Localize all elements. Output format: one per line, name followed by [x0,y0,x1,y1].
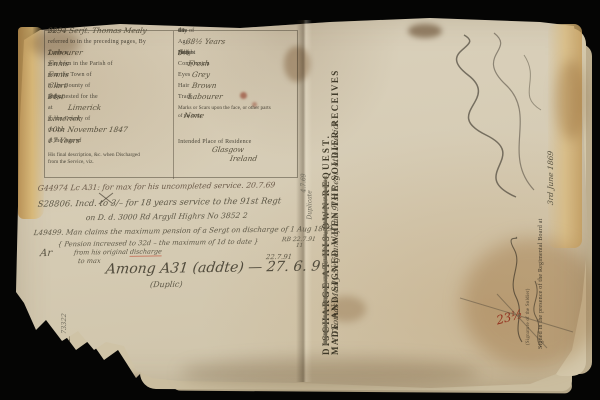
row-value: 38½ Years [185,37,226,46]
row-value: 17 Years [47,136,81,145]
pen-cross-out [99,192,113,206]
document-photo: PAY, ALLOWANCES, (time I paid being &c.,… [0,0,600,400]
register-form: No. 2294 Serjt. Thomas Mealy referred to… [44,30,298,178]
row-value: Ennis [47,70,70,79]
row-value: Limerick [67,103,102,112]
row-label: His final description, &c. when Discharg… [48,152,140,158]
row-label: from the Service, viz. [48,159,94,165]
row-value: Ennis [47,59,70,68]
row-value: Grey [191,70,210,79]
declaration-date: 3rd June 1869 [546,150,555,205]
fragment-line: (time I paid being [61,340,70,373]
row-value: None [183,111,204,120]
row-value: Glasgow [211,145,244,154]
row-suffix: Regt. [48,94,62,100]
annotation-line-6: from his original discharge [73,247,162,256]
row-label: at [48,105,53,111]
annotation-ar: Ar [39,248,52,259]
row-value: Fresh [187,59,210,68]
declaration-body-line: the date of my present Discharge. [323,270,330,345]
annotation-duplicate: (Duplic) [149,280,183,289]
row-label: referred to in the preceding pages, By [48,39,146,45]
row-label: 18 [178,28,184,34]
spine-register-number: 73322 [60,294,68,335]
row-value: Labourer [187,92,223,101]
annotation-line-6b-red-underlined: discharge [129,247,162,256]
row-value: Brown [191,81,217,90]
pencil-strokes [455,280,585,360]
row-value: Ireland [229,154,258,163]
row-value: 2294 Serjt. Thomas Mealy [47,26,147,35]
annotation-to-max: to max [78,257,102,265]
row-label: Hair [178,83,189,89]
annotation-ref-2: 11 [296,243,304,249]
fragment-line: &c., of the Soldier [61,339,70,373]
row-value: Clare [47,81,69,90]
annotation-line-6a: from his original [73,248,128,257]
row-value: Limerick [47,114,82,123]
row-label: Inches [178,50,195,56]
row-label: Eyes [178,72,190,78]
form-column-divider [173,31,174,179]
pencil-duplicate-note: Duplicate [307,180,314,220]
annotation-big-line: Among A31 (addte) — 27. 6. 9 [105,259,321,278]
row-value: Labourer [47,48,83,57]
row-value: 10th November 1847 [47,125,128,134]
officer-signatures-flourish [446,30,546,205]
declaration-opening-script: I Thomas Mealy Serjeant of the 91st Regt… [331,119,340,341]
